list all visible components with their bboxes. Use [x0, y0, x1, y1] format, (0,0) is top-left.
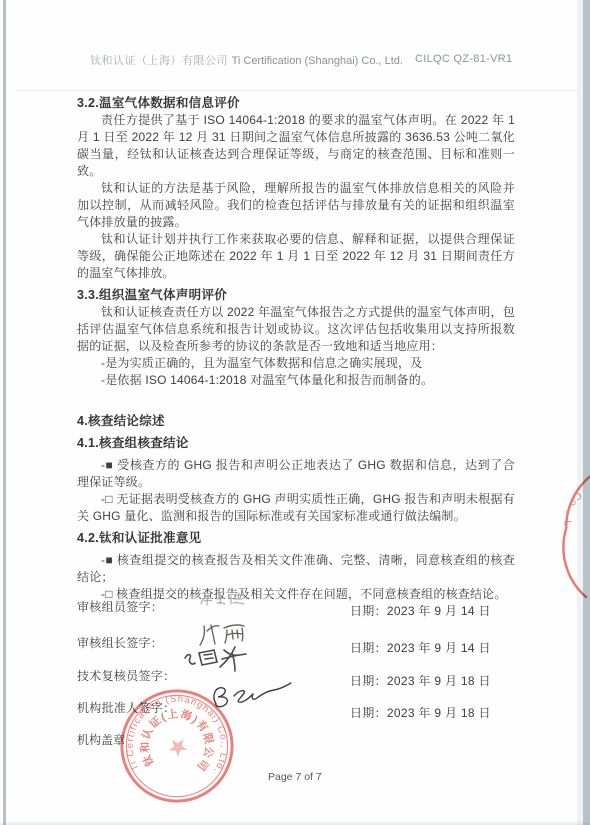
section-3-3-paragraph-1: 钛和认证核查责任方以 2022 年温室气体报告之方式提供的温室气体声明，包括评估… — [77, 304, 515, 355]
company-name-cn: 钛和认证（上海）有限公司 — [90, 55, 232, 67]
partial-seal-fragment: Co., L — [540, 460, 590, 600]
section-4-1-title: 4.1.核查组核查结论 — [77, 435, 515, 452]
section-3-3-bullet-1: -是为实质正确的，且为温室气体数据和信息之确实展现，及 — [77, 355, 515, 372]
auditor-member-signature-date: 日期：2023 年 9 月 14 日 — [350, 602, 491, 619]
section-3-2-paragraph-2: 钛和认证的方法是基于风险，理解所报告的温室气体排放信息相关的风险并加以控制，从而… — [77, 180, 515, 231]
approval-option-checked: -■ 核查组提交的核查报告及相关文件准确、完整、清晰，同意核查组的核查结论； — [77, 552, 515, 586]
section-3-2-paragraph-3: 钛和认证计划并执行工作来获取必要的信息、解释和证据，以提供合理保证等级，确保能公… — [77, 231, 515, 282]
technical-reviewer-signature-date: 日期：2023 年 9 月 18 日 — [350, 672, 491, 689]
header-divider — [18, 90, 583, 91]
scan-edge-right — [583, 0, 590, 825]
conclusion-option-unchecked: -□ 无证据表明受核查方的 GHG 声明实质性正确，GHG 报告和声明未根据有关… — [77, 491, 515, 525]
technical-reviewer-handwritten-signature — [180, 643, 252, 676]
page-number: Page 7 of 7 — [268, 771, 322, 783]
page-header: 钛和认证（上海）有限公司 Ti Certification (Shanghai)… — [90, 52, 570, 68]
document-code: CILQC QZ-81-VR1 — [415, 53, 512, 65]
audit-leader-signature-label: 审核组长签字： — [77, 634, 163, 651]
section-4-2-title: 4.2.钛和认证批准意见 — [77, 530, 515, 547]
document-body: 3.2.温室气体数据和信息评价 责任方提供了基于 ISO 14064-1:201… — [77, 95, 515, 603]
conclusion-option-checked: -■ 受核查方的 GHG 报告和声明公正地表达了 GHG 数据和信息，达到了合理… — [77, 457, 515, 491]
scan-edge-bottom — [0, 821, 590, 825]
section-4-title: 4.核查结论综述 — [77, 413, 515, 430]
seal-star-icon — [165, 734, 190, 759]
auditor-member-handwritten-signature — [198, 591, 252, 609]
section-3-2-paragraph-1: 责任方提供了基于 ISO 14064-1:2018 的要求的温室气体声明。在 2… — [77, 112, 515, 180]
audit-leader-signature-date: 日期：2023 年 9 月 14 日 — [350, 639, 491, 656]
section-3-2-title: 3.2.温室气体数据和信息评价 — [77, 95, 515, 112]
institution-approver-signature-date: 日期：2023 年 9 月 18 日 — [350, 704, 491, 721]
section-3-3-bullet-2: -是依据 ISO 14064-1:2018 对温室气体量化和报告而制备的。 — [77, 372, 515, 389]
technical-reviewer-signature-label: 技术复核员签字： — [77, 667, 175, 684]
scan-edge-left — [3, 0, 6, 825]
section-3-3-title: 3.3.组织温室气体声明评价 — [77, 287, 515, 304]
document-page: 钛和认证（上海）有限公司 Ti Certification (Shanghai)… — [0, 0, 590, 825]
partial-seal-text: Co., L — [561, 489, 584, 530]
company-seal-stamp: Ti Certification (Shanghai) Co., Ltd. 钛和… — [118, 687, 236, 805]
company-name-en: Ti Certification (Shanghai) Co., Ltd. — [232, 55, 403, 67]
auditor-member-signature-label: 审核组员签字： — [77, 598, 163, 615]
